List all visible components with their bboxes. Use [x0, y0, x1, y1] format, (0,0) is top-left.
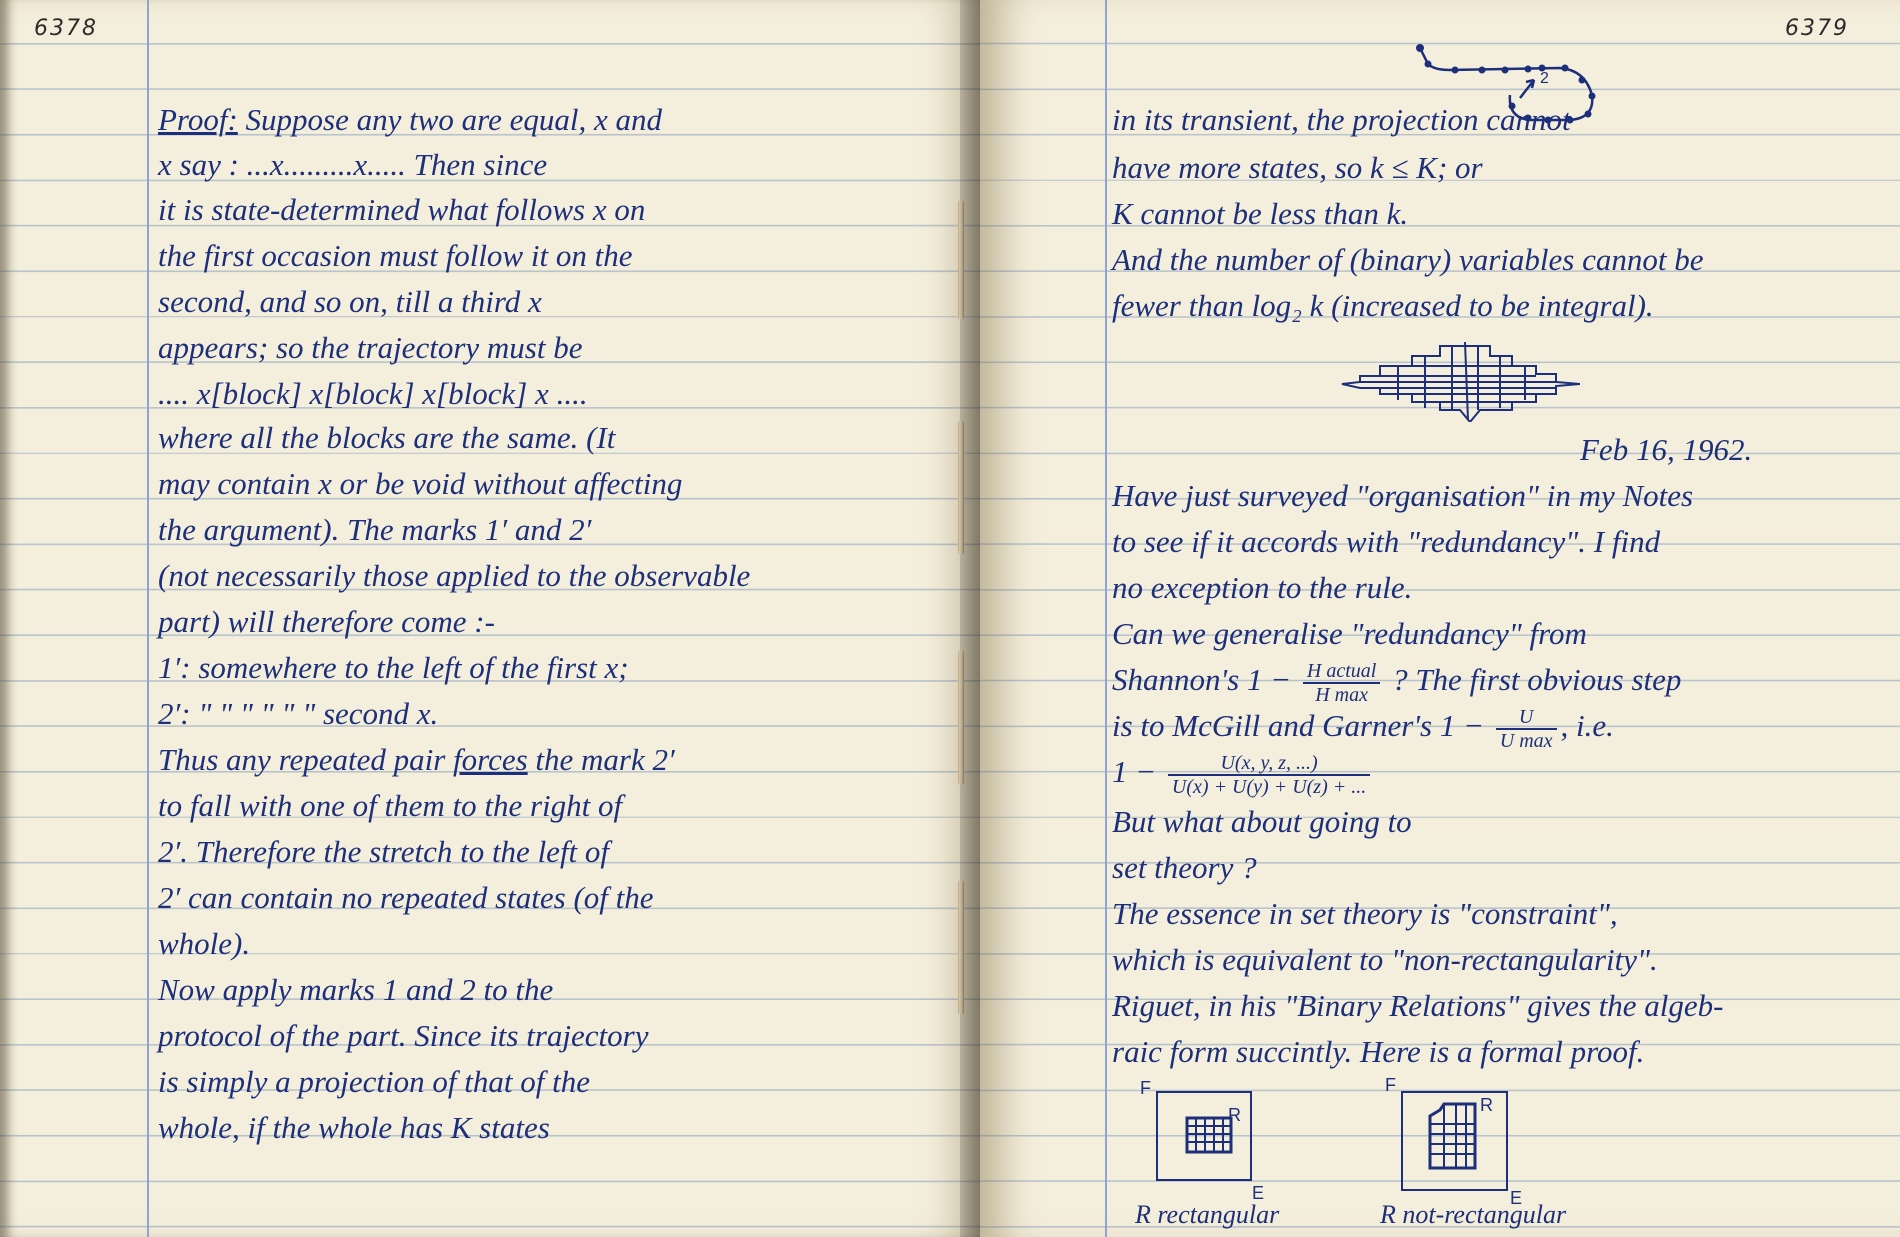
text-line: Thus any repeated pair forces the mark 2… — [158, 742, 675, 778]
text-line: Proof: Suppose any two are equal, x and — [158, 102, 662, 138]
text-line: is simply a projection of that of the — [158, 1064, 590, 1100]
text-line: second, and so on, till a third x — [158, 284, 542, 320]
proof-heading: Proof: — [158, 102, 238, 137]
text-line: to see if it accords with "redundancy". … — [1112, 524, 1660, 560]
formula-fraction: U(x, y, z, ...)U(x) + U(y) + U(z) + ... — [1168, 752, 1370, 798]
text-line: fewer than log₂ k (increased to be integ… — [1112, 288, 1654, 324]
text-line: 2′: " " " " " " second x. — [158, 696, 438, 732]
text-line: have more states, so k ≤ K; or — [1112, 150, 1483, 186]
diagram-caption: R not-rectangular — [1380, 1200, 1566, 1230]
shannon-formula-line: Shannon's 1 − H actualH max ? The first … — [1112, 660, 1681, 706]
text-line: Now apply marks 1 and 2 to the — [158, 972, 553, 1008]
text-line: to fall with one of them to the right of — [158, 788, 622, 824]
text-line: in its transient, the projection cannot — [1112, 102, 1571, 138]
mcgill-fraction: UU max — [1496, 706, 1557, 752]
text-line: Have just surveyed "organisation" in my … — [1112, 478, 1693, 514]
text-line: But what about going to — [1112, 804, 1412, 840]
text-line: the first occasion must follow it on the — [158, 238, 632, 274]
redundancy-formula: 1 − U(x, y, z, ...)U(x) + U(y) + U(z) + … — [1112, 752, 1374, 798]
text-line: x say : ...x.........x..... Then since — [158, 147, 547, 183]
text-line: protocol of the part. Since its trajecto… — [158, 1018, 648, 1054]
text-line: K cannot be less than k. — [1112, 196, 1408, 232]
text-line: 2′ can contain no repeated states (of th… — [158, 880, 654, 916]
non-rectangular-relation-diagram — [1400, 1090, 1510, 1195]
text-line: may contain x or be void without affecti… — [158, 466, 682, 502]
text-line: whole, if the whole has K states — [158, 1110, 550, 1146]
margin-line — [147, 0, 149, 1237]
text-line: appears; so the trajectory must be — [158, 330, 582, 366]
diagram-label-f: F — [1140, 1078, 1151, 1099]
text-line: raic form succintly. Here is a formal pr… — [1112, 1034, 1644, 1070]
text-line: And the number of (binary) variables can… — [1112, 242, 1703, 278]
text-line: which is equivalent to "non-rectangulari… — [1112, 942, 1658, 978]
text-line: whole). — [158, 926, 250, 962]
text-line: set theory ? — [1112, 850, 1257, 886]
text-line: where all the blocks are the same. (It — [158, 420, 615, 456]
margin-line — [1105, 0, 1107, 1237]
shannon-fraction: H actualH max — [1303, 660, 1380, 706]
text-line: (not necessarily those applied to the ob… — [158, 558, 750, 594]
diagram-label-f: F — [1385, 1075, 1396, 1096]
text-line: no exception to the rule. — [1112, 570, 1412, 606]
page-number: 6378 — [34, 16, 98, 41]
hatched-diamond-sketch — [1340, 342, 1580, 422]
trajectory-label: 2 — [1540, 70, 1549, 88]
right-page: 6379 2 in its transient, the projection … — [980, 0, 1900, 1237]
emphasized-word: forces — [453, 742, 528, 777]
diagram-label-r: R — [1228, 1105, 1241, 1126]
text-line: Riguet, in his "Binary Relations" gives … — [1112, 988, 1723, 1024]
text-line: part) will therefore come :- — [158, 604, 495, 640]
text-line: 2′. Therefore the stretch to the left of — [158, 834, 609, 870]
text-line: The essence in set theory is "constraint… — [1112, 896, 1618, 932]
text-line: 1′: somewhere to the left of the first x… — [158, 650, 629, 686]
text-line: the argument). The marks 1′ and 2′ — [158, 512, 591, 548]
trajectory-pattern: .... x[block] x[block] x[block] x .... — [158, 376, 588, 412]
mcgill-garner-line: is to McGill and Garner's 1 − UU max, i.… — [1112, 706, 1614, 752]
text-line: it is state-determined what follows x on — [158, 192, 645, 228]
diagram-caption: R rectangular — [1135, 1200, 1279, 1230]
entry-date: Feb 16, 1962. — [1580, 432, 1752, 468]
page-number: 6379 — [1785, 16, 1849, 41]
left-page: 6378 Proof: Suppose any two are equal, x… — [0, 0, 980, 1237]
text-line: Can we generalise "redundancy" from — [1112, 616, 1587, 652]
diagram-label-r: R — [1480, 1095, 1493, 1116]
